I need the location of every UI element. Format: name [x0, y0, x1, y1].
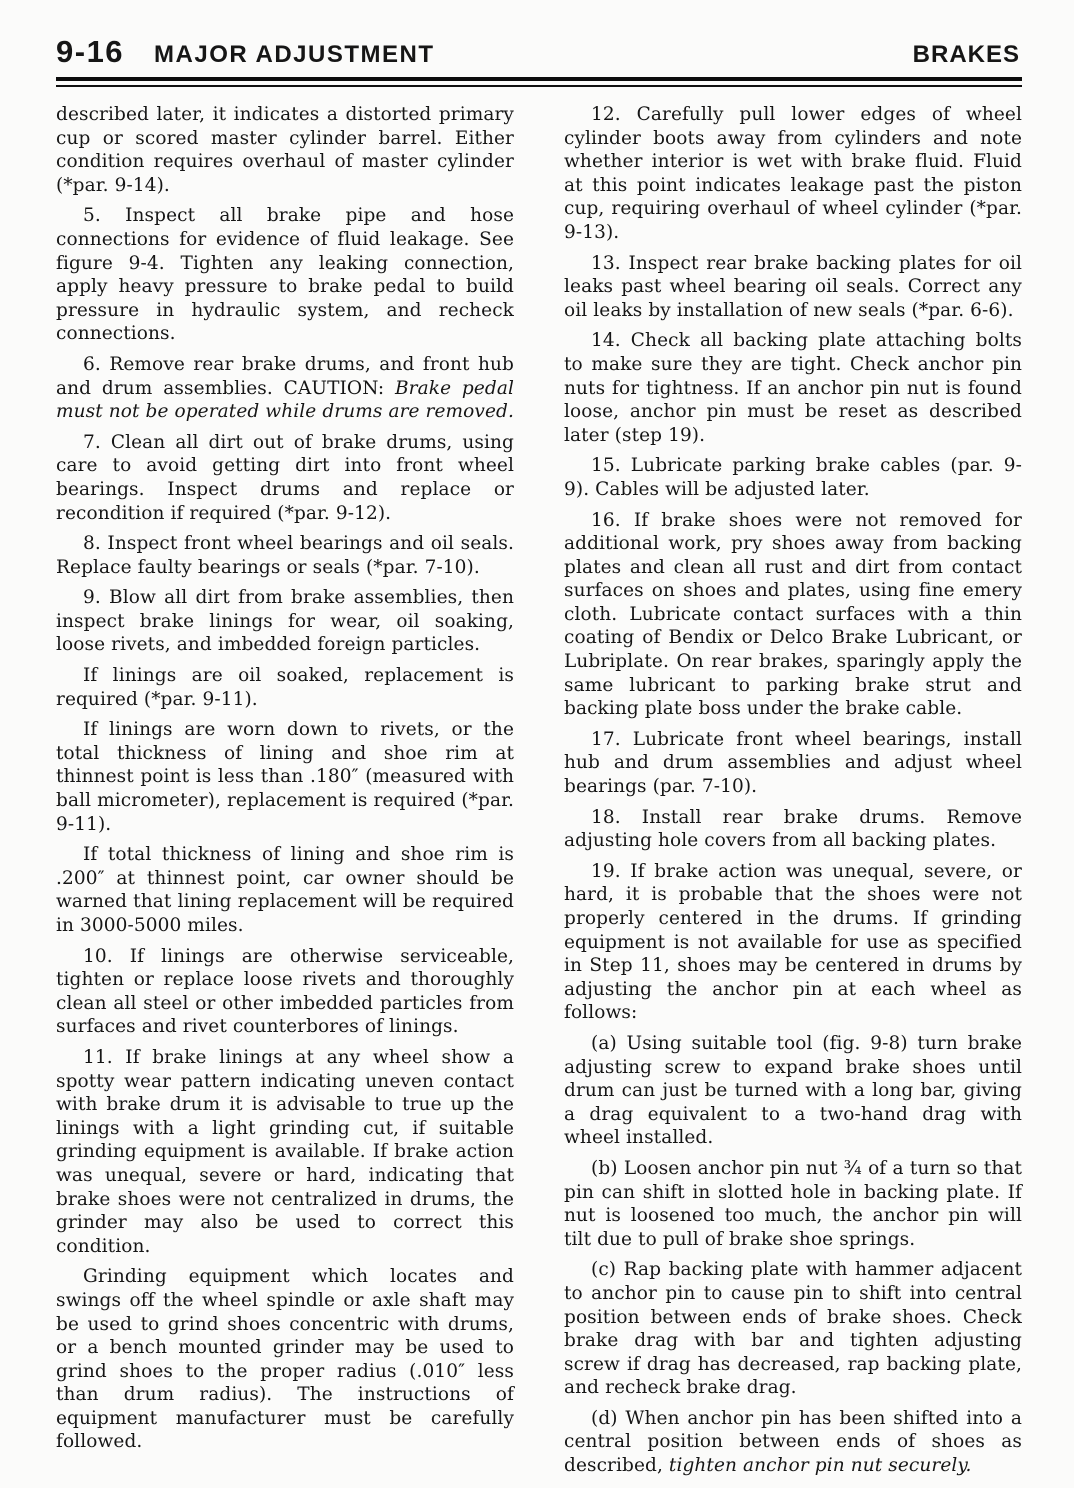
text-run: (c) Rap backing plate with hammer adjace…	[564, 1259, 1022, 1398]
paragraph: If total thickness of lining and shoe ri…	[56, 843, 514, 937]
paragraph: 14. Check all backing plate attaching bo…	[564, 329, 1022, 447]
paragraph: 9. Blow all dirt from brake assemblies, …	[56, 586, 514, 657]
paragraph: If linings are worn down to rivets, or t…	[56, 718, 514, 836]
text-run: 7. Clean all dirt out of brake drums, us…	[56, 432, 514, 524]
text-run: (a) Using suitable tool (fig. 9-8) turn …	[564, 1033, 1022, 1148]
text-run: 15. Lubricate parking brake cables (par.…	[564, 455, 1022, 500]
paragraph: If linings are oil soaked, replacement i…	[56, 664, 514, 711]
paragraph: 10. If linings are otherwise serviceable…	[56, 945, 514, 1039]
text-run: 16. If brake shoes were not removed for …	[564, 510, 1022, 720]
text-run: 19. If brake action was unequal, severe,…	[564, 861, 1022, 1024]
paragraph: 12. Carefully pull lower edges of wheel …	[564, 103, 1022, 245]
paragraph: 15. Lubricate parking brake cables (par.…	[564, 454, 1022, 501]
text-run: Grinding equipment which locates and swi…	[56, 1266, 514, 1452]
paragraph: 19. If brake action was unequal, severe,…	[564, 860, 1022, 1025]
paragraph: 17. Lubricate front wheel bearings, inst…	[564, 728, 1022, 799]
text-run: 17. Lubricate front wheel bearings, inst…	[564, 729, 1022, 797]
text-run: described later, it indicates a distorte…	[56, 104, 514, 196]
text-run: 12. Carefully pull lower edges of wheel …	[564, 104, 1022, 243]
paragraph: 5. Inspect all brake pipe and hose conne…	[56, 204, 514, 346]
paragraph: described later, it indicates a distorte…	[56, 103, 514, 197]
text-columns: described later, it indicates a distorte…	[56, 103, 1022, 1485]
text-run: If linings are worn down to rivets, or t…	[56, 719, 514, 834]
paragraph: (b) Loosen anchor pin nut ¾ of a turn so…	[564, 1157, 1022, 1251]
paragraph: 11. If brake linings at any wheel show a…	[56, 1046, 514, 1258]
text-run: (b) Loosen anchor pin nut ¾ of a turn so…	[564, 1158, 1022, 1250]
text-run: 11. If brake linings at any wheel show a…	[56, 1047, 514, 1257]
paragraph: 16. If brake shoes were not removed for …	[564, 509, 1022, 721]
text-run: 5. Inspect all brake pipe and hose conne…	[56, 205, 514, 344]
right-column: 12. Carefully pull lower edges of wheel …	[564, 103, 1022, 1485]
page-number: 9-16	[56, 34, 124, 70]
paragraph: 8. Inspect front wheel bearings and oil …	[56, 532, 514, 579]
paragraph: 13. Inspect rear brake backing plates fo…	[564, 252, 1022, 323]
text-run: 8. Inspect front wheel bearings and oil …	[56, 533, 514, 578]
text-run: If linings are oil soaked, replacement i…	[56, 665, 514, 710]
page-header: 9-16 MAJOR ADJUSTMENT BRAKES	[56, 34, 1022, 70]
paragraph: (a) Using suitable tool (fig. 9-8) turn …	[564, 1032, 1022, 1150]
text-run: 9. Blow all dirt from brake assemblies, …	[56, 587, 514, 655]
text-run: 10. If linings are otherwise serviceable…	[56, 946, 514, 1038]
text-run: If total thickness of lining and shoe ri…	[56, 844, 514, 936]
paragraph: (d) When anchor pin has been shifted int…	[564, 1407, 1022, 1478]
paragraph: Grinding equipment which locates and swi…	[56, 1265, 514, 1454]
paragraph: (c) Rap backing plate with hammer adjace…	[564, 1258, 1022, 1400]
header-rule	[56, 77, 1022, 87]
running-head-right: BRAKES	[913, 41, 1020, 69]
left-column: described later, it indicates a distorte…	[56, 103, 514, 1485]
text-run: 18. Install rear brake drums. Remove adj…	[564, 807, 1022, 852]
paragraph: 18. Install rear brake drums. Remove adj…	[564, 806, 1022, 853]
section-title: MAJOR ADJUSTMENT	[154, 41, 913, 69]
text-run: 13. Inspect rear brake backing plates fo…	[564, 253, 1022, 321]
text-run: 14. Check all backing plate attaching bo…	[564, 330, 1022, 445]
paragraph: 6. Remove rear brake drums, and front hu…	[56, 353, 514, 424]
italic-text-run: tighten anchor pin nut securely.	[669, 1455, 972, 1476]
manual-page: 9-16 MAJOR ADJUSTMENT BRAKES described l…	[0, 0, 1074, 1488]
paragraph: 7. Clean all dirt out of brake drums, us…	[56, 431, 514, 525]
